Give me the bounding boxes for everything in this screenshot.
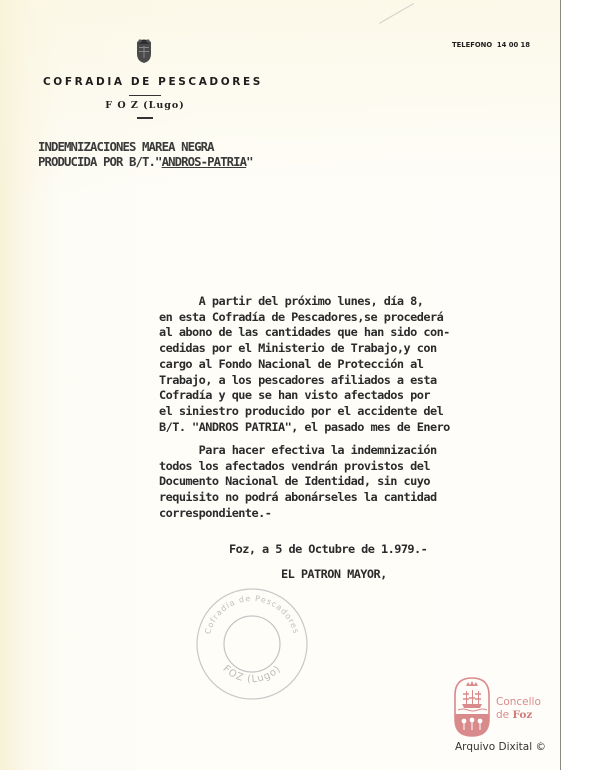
date-line: Foz, a 5 de Octubre de 1.979.- <box>229 542 427 556</box>
coat-of-arms-icon <box>134 38 154 64</box>
phone-line: TELEFONO 14 00 18 <box>452 41 530 49</box>
svg-text:FOZ (Lugo): FOZ (Lugo) <box>221 663 284 685</box>
watermark-line-1: Concello <box>496 696 541 709</box>
header-divider-short <box>137 117 153 119</box>
phone-label: TELEFONO <box>452 41 492 49</box>
organization-name: COFRADIA DE PESCADORES <box>43 76 248 88</box>
phone-number: 14 00 18 <box>497 41 530 49</box>
watermark-line-2: de Foz <box>496 709 541 722</box>
stamp-text-bottom: FOZ (Lugo) <box>221 663 284 685</box>
body-paragraph-1: A partir del próximo lunes, día 8, en es… <box>159 294 450 435</box>
signature-title: EL PATRON MAYOR, <box>281 567 387 581</box>
watermark-text: Concello de Foz <box>496 696 541 721</box>
header-divider <box>129 95 161 96</box>
archive-credit: Arquivo Dixital © <box>455 741 546 753</box>
subject-line-1: INDEMNIZACIONES MAREA NEGRA <box>38 140 214 154</box>
subject-line-2: PRODUCIDA POR B/T."ANDROS-PATRIA" <box>38 155 253 169</box>
concello-foz-logo-icon <box>453 676 491 738</box>
letter-page: COFRADIA DE PESCADORES F O Z (Lugo) TELE… <box>0 0 561 770</box>
watermark-foz: Foz <box>512 709 532 721</box>
body-paragraph-2: Para hacer efectiva la indemnización tod… <box>159 443 437 522</box>
organization-city: F O Z (Lugo) <box>100 100 190 111</box>
seal-stamp-icon: Cofradía de Pescadores FOZ (Lugo) <box>193 585 311 703</box>
subject-heading: INDEMNIZACIONES MAREA NEGRA PRODUCIDA PO… <box>38 140 253 170</box>
ship-name: ANDROS-PATRIA <box>162 155 247 169</box>
paper-mark <box>379 3 421 36</box>
